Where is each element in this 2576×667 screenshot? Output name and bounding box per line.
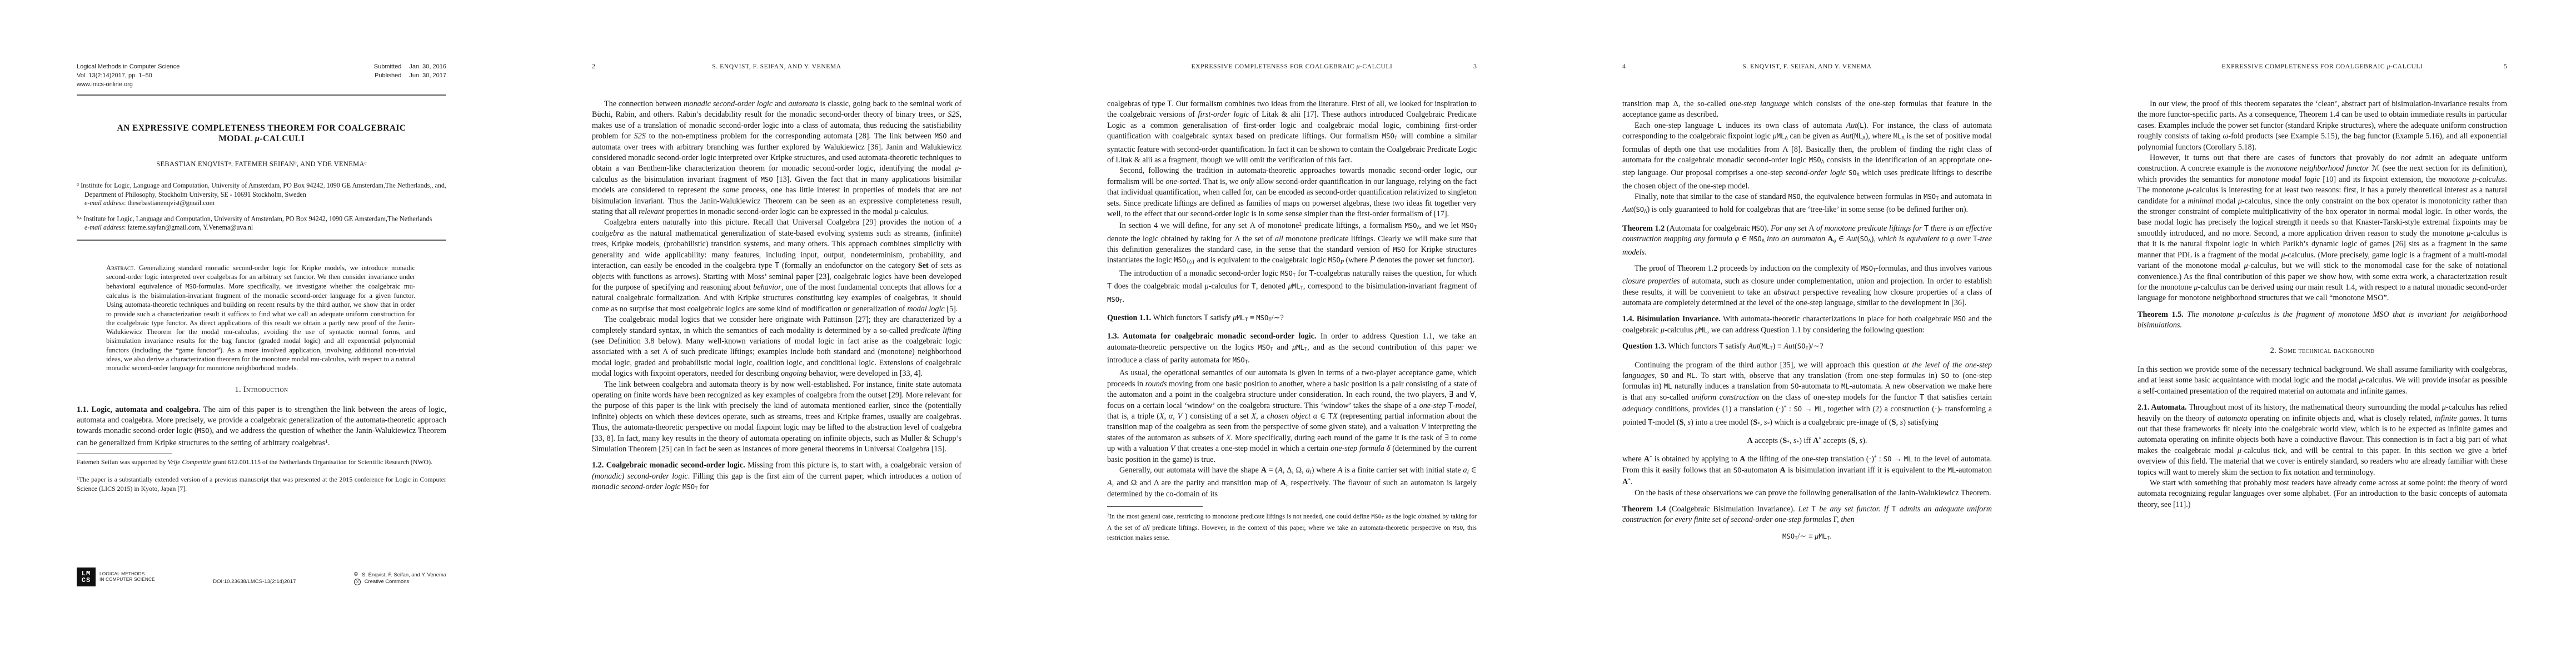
question: Question 1.1. Which functors T satisfy μ… — [1107, 313, 1477, 326]
section-heading: 2. Some technical background — [2137, 346, 2507, 356]
lmcs-wordmark: LOGICAL METHODS IN COMPUTER SCIENCE — [99, 571, 155, 583]
paragraph: On the basis of these observations we ca… — [1622, 488, 1992, 499]
lmcs-brand: LM CS LOGICAL METHODS IN COMPUTER SCIENC… — [77, 568, 155, 586]
footnote: 2In the most general case, restricting t… — [1107, 511, 1477, 542]
authors-line: SEBASTIAN ENQVISTa, FATEMEH SEIFANb, AND… — [77, 160, 446, 168]
journal-header-dates: Submitted Jan. 30, 2016 Published Jun. 3… — [374, 63, 446, 89]
introduction-heading: 1. Introduction — [77, 385, 446, 395]
paragraph: Generally, our automata will have the sh… — [1107, 465, 1477, 500]
wordmark-line: IN COMPUTER SCIENCE — [99, 577, 155, 583]
paragraph: In section 4 we will define, for any set… — [1107, 220, 1477, 268]
page-number: 5 — [2488, 62, 2507, 71]
page-1: Logical Methods in Computer Science Vol.… — [0, 0, 515, 667]
paragraph: Continuing the program of the third auth… — [1622, 360, 1992, 430]
creative-commons-icon: cc — [354, 579, 361, 585]
page-body: The connection between monadic second-or… — [592, 99, 961, 495]
paragraph: The connection between monadic second-or… — [592, 99, 961, 217]
page-1-column: Logical Methods in Computer Science Vol.… — [77, 0, 446, 493]
display-formula: A accepts (S*, s*) iff A* accepts (S, s)… — [1622, 435, 1992, 449]
running-header: 2 S. ENQVIST, F. SEIFAN, AND Y. VENEMA — [592, 62, 961, 71]
paragraph: Each one-step language L induces its own… — [1622, 121, 1992, 192]
publisher-footer: LM CS LOGICAL METHODS IN COMPUTER SCIENC… — [77, 568, 446, 586]
header-rule — [77, 94, 446, 96]
published-label: Published — [375, 72, 401, 81]
affiliation-email: e-mail address: thesebastianenqvist@gmai… — [77, 199, 446, 208]
paragraph: Second, following the tradition in autom… — [1107, 166, 1477, 220]
journal-header: Logical Methods in Computer Science Vol.… — [77, 0, 446, 89]
journal-url: www.lmcs-online.org — [77, 81, 180, 89]
question: Question 1.3. Which functors T satisfy A… — [1622, 341, 1992, 354]
footnote-rule — [77, 454, 172, 454]
journal-header-left: Logical Methods in Computer Science Vol.… — [77, 63, 180, 89]
affiliation-email: e-mail address: fateme.sayfan@gmail.com,… — [77, 223, 446, 232]
page-body: In our view, the proof of this theorem s… — [2137, 99, 2507, 510]
page-3: EXPRESSIVE COMPLETENESS FOR COALGEBRAIC … — [1030, 0, 1546, 667]
affiliation-text: a Institute for Logic, Language and Comp… — [77, 180, 446, 199]
copyright-icon: © — [354, 572, 358, 578]
page-body: coalgebras of type T. Our formalism comb… — [1107, 99, 1477, 542]
lmcs-logo-row: CS — [82, 577, 91, 584]
page-body: transition map Δ, the so-called one-step… — [1622, 99, 1992, 549]
subsection-paragraph: 1.4. Bisimulation Invariance. With autom… — [1622, 314, 1992, 336]
journal-name: Logical Methods in Computer Science — [77, 63, 180, 72]
paragraph: The link between coalgebra and automata … — [592, 380, 961, 455]
affiliation-text: b,c Institute for Logic, Language and Co… — [77, 213, 446, 223]
theorem: Theorem 1.2 (Automata for coalgebraic MS… — [1622, 223, 1992, 258]
abstract: Abstract. Generalizing standard monadic … — [77, 263, 446, 373]
display-formula: MSOT/∼ ≡ μMLT. — [1622, 531, 1992, 544]
running-head: S. ENQVIST, F. SEIFAN, AND Y. VENEMA — [1641, 63, 1973, 70]
affiliation-bc: b,c Institute for Logic, Language and Co… — [77, 213, 446, 232]
copyright-text: S. Enqvist, F. Seifan, and Y. Venema — [362, 571, 446, 579]
running-header: 4 S. ENQVIST, F. SEIFAN, AND Y. VENEMA — [1622, 62, 1992, 71]
lmcs-logo-icon: LM CS — [77, 568, 96, 586]
subsection-paragraph: 2.1. Automata. Throughout most of its hi… — [2137, 402, 2507, 478]
paragraph: The proof of Theorem 1.2 proceeds by ind… — [1622, 263, 1992, 309]
submitted-date: Jan. 30, 2016 — [409, 63, 446, 72]
page-2: 2 S. ENQVIST, F. SEIFAN, AND Y. VENEMA T… — [515, 0, 1030, 667]
subsection-paragraph: 1.3. Automata for coalgebraic monadic se… — [1107, 331, 1477, 368]
wordmark-line: LOGICAL METHODS — [99, 571, 155, 577]
page-number: 2 — [592, 62, 611, 71]
page-4: 4 S. ENQVIST, F. SEIFAN, AND Y. VENEMA t… — [1546, 0, 2061, 667]
journal-volume: Vol. 13(2:14)2017, pp. 1–50 — [77, 72, 180, 81]
running-head: EXPRESSIVE COMPLETENESS FOR COALGEBRAIC … — [1126, 63, 1458, 70]
paragraph: The introduction of a monadic second-ord… — [1107, 268, 1477, 307]
paragraph: In this section we provide some of the n… — [2137, 365, 2507, 397]
running-head: S. ENQVIST, F. SEIFAN, AND Y. VENEMA — [611, 63, 943, 70]
running-head: EXPRESSIVE COMPLETENESS FOR COALGEBRAIC … — [2156, 63, 2488, 70]
footnote-rule — [1107, 506, 1203, 507]
paper-spread: Logical Methods in Computer Science Vol.… — [0, 0, 2576, 667]
thanks-footnote: Fatemeh Seifan was supported by Vrije Co… — [77, 457, 446, 467]
theorem: Theorem 1.4 (Coalgebraic Bisimulation In… — [1622, 504, 1992, 526]
paragraph: As usual, the operational semantics of o… — [1107, 368, 1477, 465]
creative-commons-text: Creative Commons — [365, 578, 409, 585]
paragraph: coalgebras of type T. Our formalism comb… — [1107, 99, 1477, 166]
subsection-paragraph: 1.2. Coalgebraic monadic second-order lo… — [592, 460, 961, 495]
license-block: © S. Enqvist, F. Seifan, and Y. Venema c… — [354, 571, 446, 586]
paper-title: AN EXPRESSIVE COMPLETENESS THEOREM FOR C… — [77, 123, 446, 144]
running-header: EXPRESSIVE COMPLETENESS FOR COALGEBRAIC … — [2137, 62, 2507, 71]
paragraph: Finally, note that similar to the case o… — [1622, 192, 1992, 218]
paragraph: where A* is obtained by applying to A th… — [1622, 453, 1992, 487]
published-date: Jun. 30, 2017 — [409, 72, 446, 81]
paragraph: We start with something that probably mo… — [2137, 478, 2507, 510]
footnote-1: 1The paper is a substantially extended v… — [77, 474, 446, 493]
submitted-label: Submitted — [374, 63, 402, 72]
page-5: EXPRESSIVE COMPLETENESS FOR COALGEBRAIC … — [2061, 0, 2576, 667]
affiliation-a: a Institute for Logic, Language and Comp… — [77, 180, 446, 208]
page-number: 3 — [1458, 62, 1477, 71]
abstract-rule — [77, 240, 446, 241]
doi-text: DOI:10.23638/LMCS-13(2:14)2017 — [155, 579, 354, 586]
intro-paragraph: 1.1. Logic, automata and coalgebra. The … — [77, 405, 446, 449]
page-number: 4 — [1622, 62, 1641, 71]
paragraph: However, it turns out that there are cas… — [2137, 153, 2507, 304]
paragraph: In our view, the proof of this theorem s… — [2137, 99, 2507, 153]
running-header: EXPRESSIVE COMPLETENESS FOR COALGEBRAIC … — [1107, 62, 1477, 71]
theorem: Theorem 1.5. The monotone μ-calculus is … — [2137, 310, 2507, 331]
paragraph: transition map Δ, the so-called one-step… — [1622, 99, 1992, 121]
paragraph: Coalgebra enters naturally into this pic… — [592, 217, 961, 315]
paragraph: The coalgebraic modal logics that we con… — [592, 315, 961, 379]
